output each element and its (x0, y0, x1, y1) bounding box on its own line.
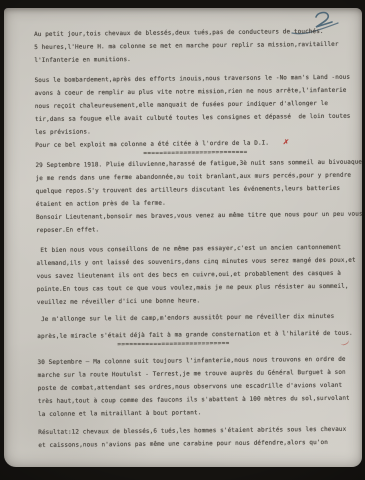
typed-line: veuillez me réveiller d'ici une bonne he… (37, 293, 359, 309)
typed-line: Je m'allonge sur le lit de camp,m'endors… (37, 310, 359, 326)
typed-line: la colonne et la mitraillant à bout port… (38, 405, 360, 421)
typed-line: et caissons,nous n'avions pas même une c… (38, 436, 360, 452)
typed-line: l'Infanterie en munitions. (34, 51, 356, 67)
typed-line: reposer.En effet. (36, 221, 358, 237)
red-x-mark: ✗ (282, 136, 289, 150)
paper-page: Au petit jour,tois chevaux de blessés,de… (4, 8, 362, 467)
typewritten-text-block: Au petit jour,tois chevaux de blessés,de… (34, 25, 360, 452)
